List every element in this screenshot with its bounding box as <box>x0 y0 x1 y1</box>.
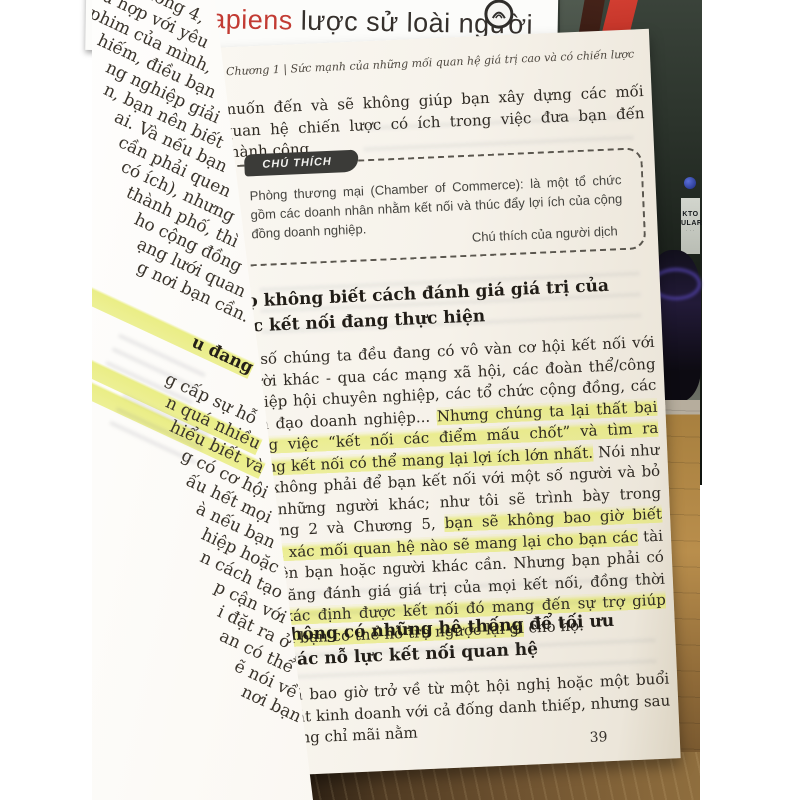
running-header: Chương 1 | Sức mạnh của những mối quan h… <box>220 47 640 78</box>
shelf-sign-text: ULAR <box>681 219 700 228</box>
translator-note-box: CHÚ THÍCH Phòng thương mại (Chamber of C… <box>222 147 646 267</box>
shelf-sign: KTO ULAR · · · <box>681 198 700 254</box>
publisher-logo-icon <box>484 0 515 29</box>
chapter-paragraph-3: Bạn đã bao giờ trở về từ một hội nghị ho… <box>247 669 671 752</box>
shelf-sign-smalltext: · · · <box>681 228 700 234</box>
book-photo: KTO ULAR · · · Sapiens lược sử loài ngườ… <box>0 0 800 800</box>
shelf-sign-text: KTO <box>681 210 700 219</box>
blue-round-object <box>684 177 696 189</box>
note-label: CHÚ THÍCH <box>244 150 358 177</box>
page-number: 39 <box>589 729 608 746</box>
